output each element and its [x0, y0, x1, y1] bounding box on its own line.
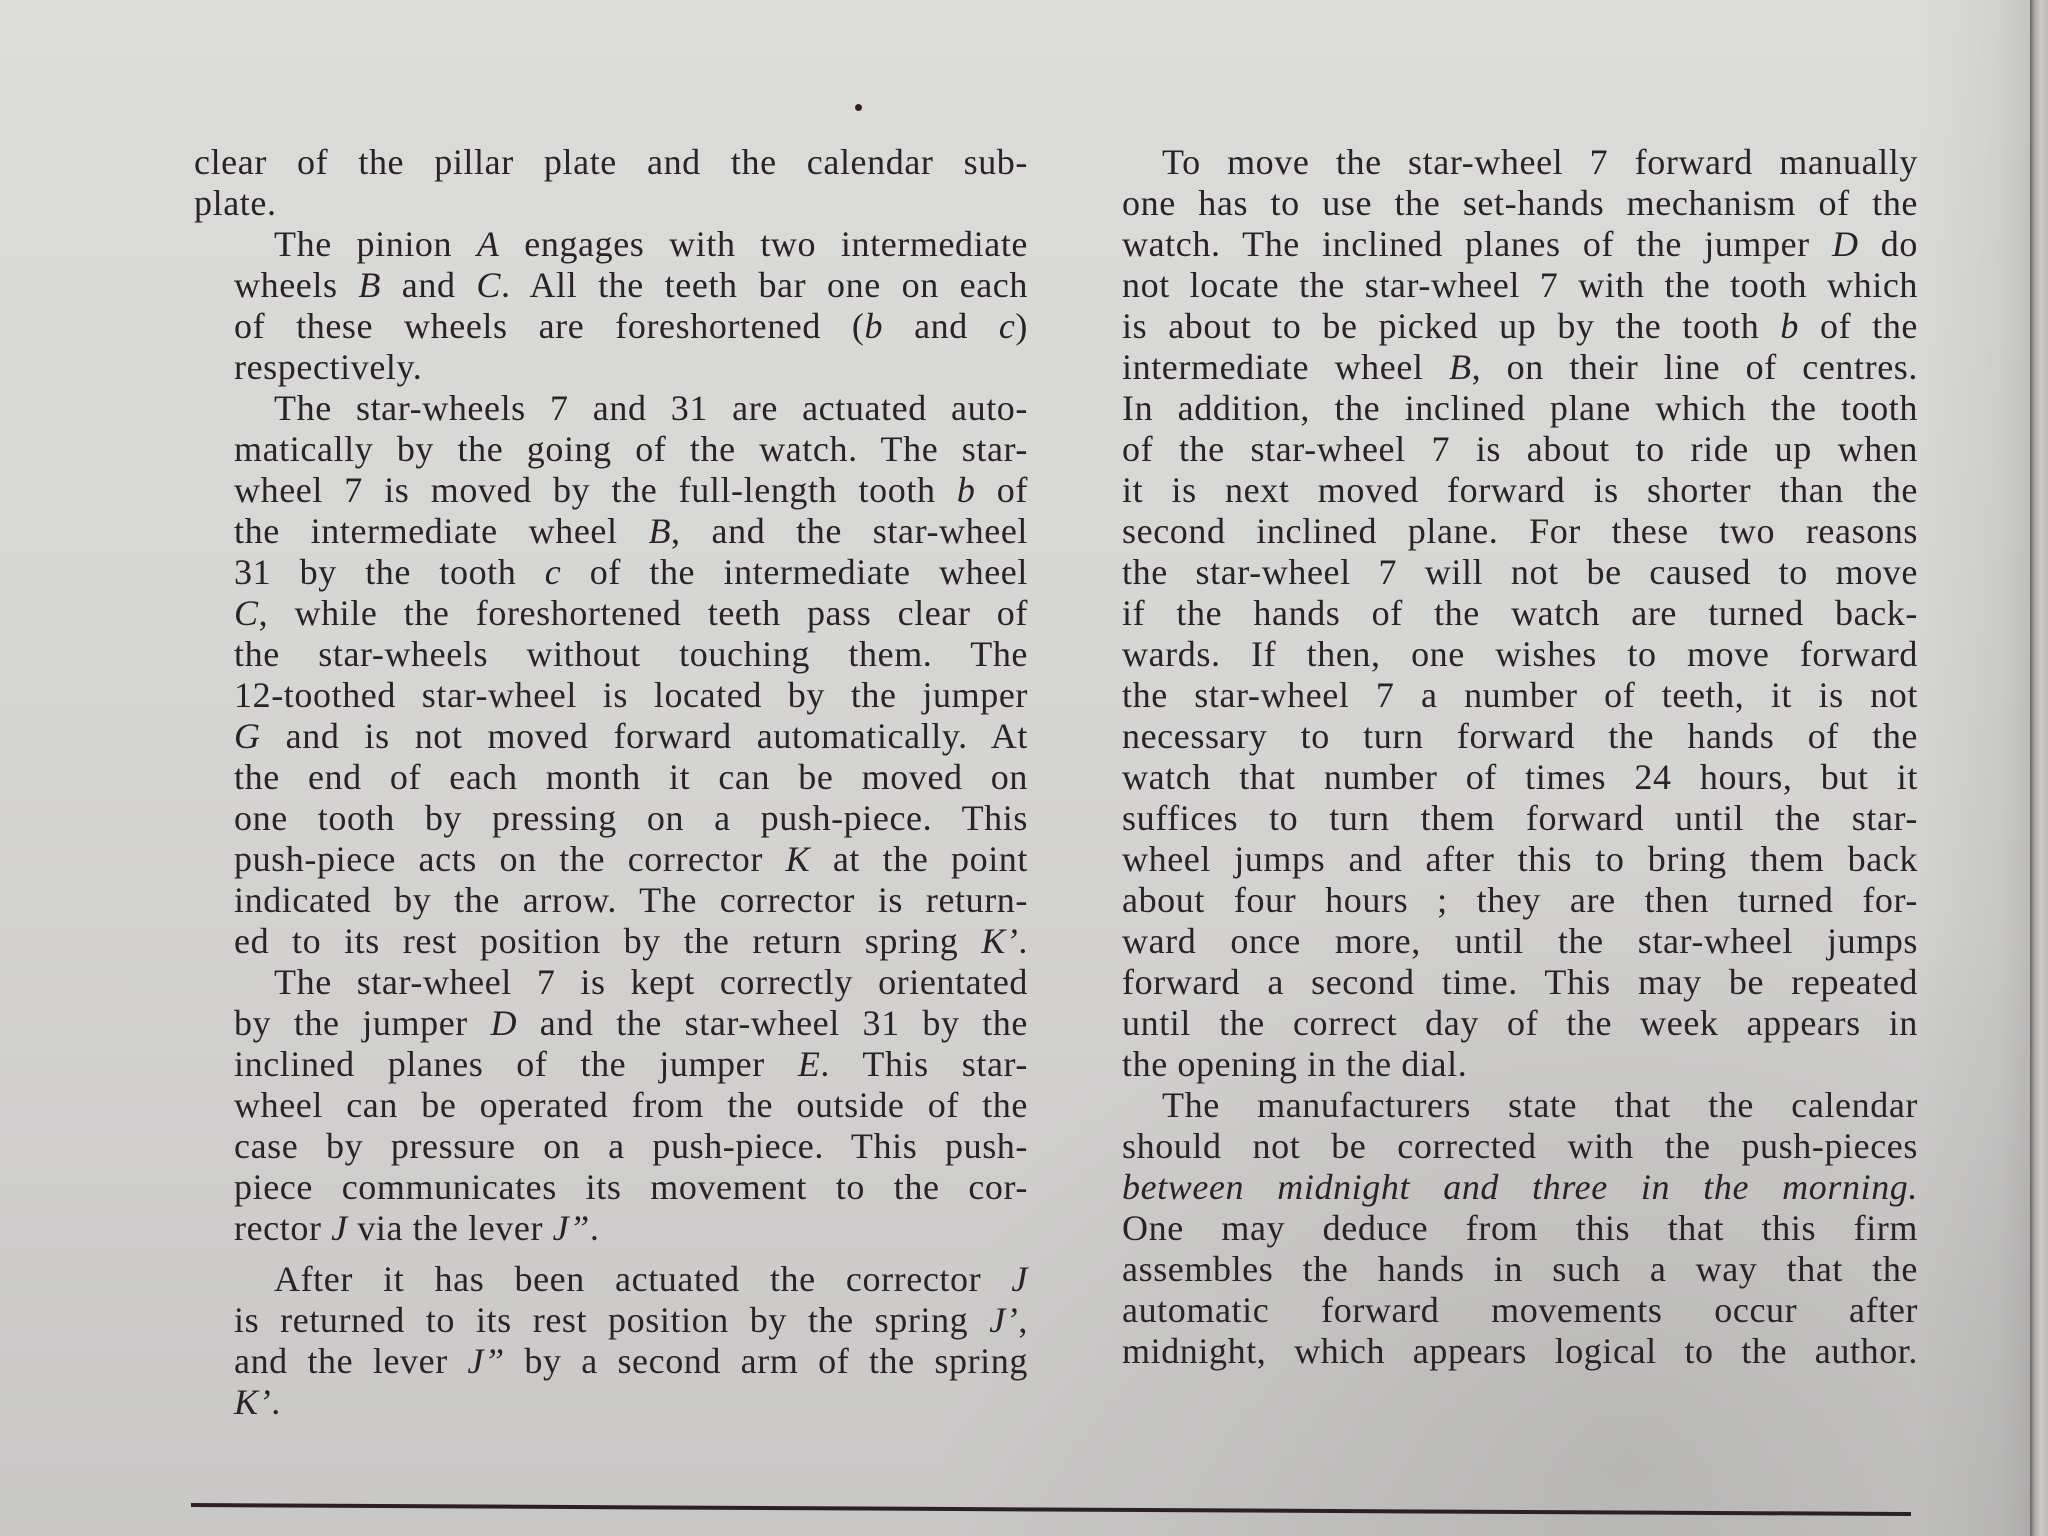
- text-line: assembles the hands in such a way that t…: [1082, 1249, 1918, 1290]
- text-line: ward once more, until the star-wheel jum…: [1082, 921, 1918, 962]
- left-text-column: clear of the pillar plate and the calend…: [194, 142, 1028, 1423]
- text-line: until the correct day of the week appear…: [1082, 1003, 1918, 1044]
- text-line: the opening in the dial.: [1082, 1044, 1918, 1085]
- text-line: After it has been actuated the corrector…: [194, 1259, 1028, 1300]
- text-line: automatic forward movements occur after: [1082, 1290, 1918, 1331]
- text-line: by the jumper D and the star-wheel 31 by…: [194, 1003, 1028, 1044]
- text-line: of the star-wheel 7 is about to ride up …: [1082, 429, 1918, 470]
- text-line: of these wheels are foreshortened (b and…: [194, 306, 1028, 347]
- text-line: not locate the star-wheel 7 with the too…: [1082, 265, 1918, 306]
- text-line: The star-wheel 7 is kept correctly orien…: [194, 962, 1028, 1003]
- text-line: the intermediate wheel B, and the star-w…: [194, 511, 1028, 552]
- text-line: piece communicates its movement to the c…: [194, 1167, 1028, 1208]
- paragraph-7: The manufacturers state that the calenda…: [1082, 1085, 1918, 1372]
- text-line: 31 by the tooth c of the intermediate wh…: [194, 552, 1028, 593]
- paragraph-4: The star-wheel 7 is kept correctly orien…: [194, 962, 1028, 1249]
- footer-rule: [191, 1503, 1911, 1516]
- text-line: matically by the going of the watch. The…: [194, 429, 1028, 470]
- text-line: wheel jumps and after this to bring them…: [1082, 839, 1918, 880]
- text-line: G and is not moved forward automatically…: [194, 716, 1028, 757]
- text-line: is about to be picked up by the tooth b …: [1082, 306, 1918, 347]
- text-line: midnight, which appears logical to the a…: [1082, 1331, 1918, 1372]
- text-line: suffices to turn them forward until the …: [1082, 798, 1918, 839]
- text-line: between midnight and three in the mornin…: [1082, 1167, 1918, 1208]
- text-line: wheel can be operated from the outside o…: [194, 1085, 1028, 1126]
- ink-dot: [855, 104, 862, 111]
- text-line: necessary to turn forward the hands of t…: [1082, 716, 1918, 757]
- text-line: is returned to its rest position by the …: [194, 1300, 1028, 1341]
- book-page: clear of the pillar plate and the calend…: [0, 0, 2036, 1536]
- text-line: In addition, the inclined plane which th…: [1082, 388, 1918, 429]
- text-line: push-piece acts on the corrector K at th…: [194, 839, 1028, 880]
- text-line: To move the star-wheel 7 forward manuall…: [1082, 142, 1918, 183]
- text-line: wheels B and C. All the teeth bar one on…: [194, 265, 1028, 306]
- text-line: intermediate wheel B, on their line of c…: [1082, 347, 1918, 388]
- text-line: One may deduce from this that this firm: [1082, 1208, 1918, 1249]
- text-line: plate.: [194, 183, 1028, 224]
- text-line: K’.: [194, 1382, 1028, 1423]
- paragraph-1: clear of the pillar plate and the calend…: [194, 142, 1028, 224]
- text-line: The star-wheels 7 and 31 are actuated au…: [194, 388, 1028, 429]
- text-line: wards. If then, one wishes to move forwa…: [1082, 634, 1918, 675]
- text-line: the star-wheels without touching them. T…: [194, 634, 1028, 675]
- text-line: watch. The inclined planes of the jumper…: [1082, 224, 1918, 265]
- text-line: forward a second time. This may be repea…: [1082, 962, 1918, 1003]
- text-line: C, while the foreshortened teeth pass cl…: [194, 593, 1028, 634]
- text-line: if the hands of the watch are turned bac…: [1082, 593, 1918, 634]
- right-text-column: To move the star-wheel 7 forward manuall…: [1082, 142, 1918, 1372]
- text-line: one tooth by pressing on a push-piece. T…: [194, 798, 1028, 839]
- paragraph-6: To move the star-wheel 7 forward manuall…: [1082, 142, 1918, 1085]
- text-line: and the lever J” by a second arm of the …: [194, 1341, 1028, 1382]
- text-line: about four hours ; they are then turned …: [1082, 880, 1918, 921]
- text-line: rector J via the lever J”.: [194, 1208, 1028, 1249]
- text-line: indicated by the arrow. The corrector is…: [194, 880, 1028, 921]
- text-line: should not be corrected with the push-pi…: [1082, 1126, 1918, 1167]
- text-line: respectively.: [194, 347, 1028, 388]
- text-line: the end of each month it can be moved on: [194, 757, 1028, 798]
- text-line: inclined planes of the jumper E. This st…: [194, 1044, 1028, 1085]
- paragraph-2: The pinion A engages with two intermedia…: [194, 224, 1028, 388]
- text-line: second inclined plane. For these two rea…: [1082, 511, 1918, 552]
- text-line: 12-toothed star-wheel is located by the …: [194, 675, 1028, 716]
- paragraph-3: The star-wheels 7 and 31 are actuated au…: [194, 388, 1028, 962]
- text-line: The manufacturers state that the calenda…: [1082, 1085, 1918, 1126]
- text-line: The pinion A engages with two intermedia…: [194, 224, 1028, 265]
- text-line: ed to its rest position by the return sp…: [194, 921, 1028, 962]
- text-line: the star-wheel 7 will not be caused to m…: [1082, 552, 1918, 593]
- text-line: wheel 7 is moved by the full-length toot…: [194, 470, 1028, 511]
- text-line: it is next moved forward is shorter than…: [1082, 470, 1918, 511]
- text-line: one has to use the set-hands mechanism o…: [1082, 183, 1918, 224]
- book-spine-edge: [2030, 0, 2048, 1536]
- text-line: watch that number of times 24 hours, but…: [1082, 757, 1918, 798]
- paragraph-5: After it has been actuated the corrector…: [194, 1259, 1028, 1423]
- text-line: clear of the pillar plate and the calend…: [194, 142, 1028, 183]
- text-line: case by pressure on a push-piece. This p…: [194, 1126, 1028, 1167]
- text-line: the star-wheel 7 a number of teeth, it i…: [1082, 675, 1918, 716]
